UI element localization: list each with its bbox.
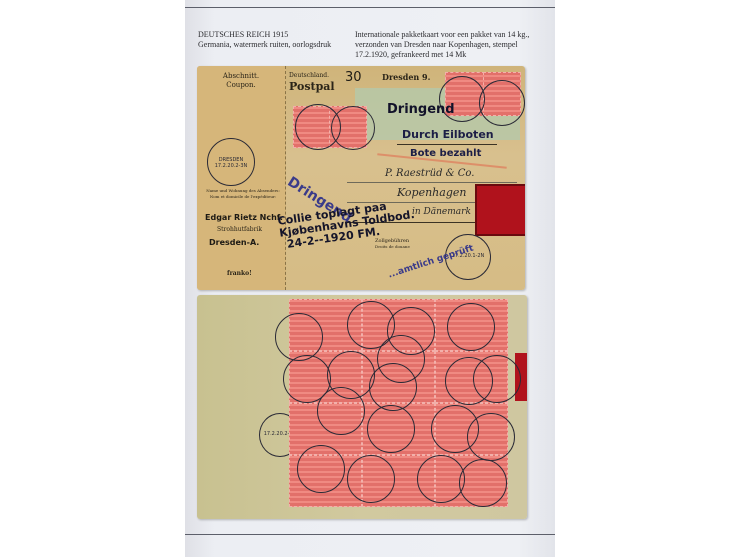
postmark bbox=[377, 335, 425, 383]
postmark bbox=[467, 413, 515, 461]
coupon-title: Abschnitt. bbox=[197, 72, 285, 80]
postmark bbox=[447, 303, 495, 351]
eilboten-label: Durch Eilboten bbox=[402, 128, 494, 141]
sender-note-fr: Nom et domicile de l'expéditeur: bbox=[201, 194, 285, 199]
franko-text: franko! bbox=[227, 270, 252, 277]
sender-business: Strohhutfabrik bbox=[217, 226, 262, 233]
parcel-card-back: 17.2.20.2-3N bbox=[197, 295, 527, 519]
top-rule bbox=[185, 7, 555, 8]
parcel-number: 30 bbox=[345, 70, 362, 85]
sender-city: Dresden-A. bbox=[209, 238, 259, 247]
address-rule bbox=[347, 182, 517, 183]
postmark bbox=[275, 313, 323, 361]
office-name: Dresden 9. bbox=[382, 72, 430, 82]
postmark bbox=[317, 387, 365, 435]
postmark bbox=[297, 445, 345, 493]
postmark bbox=[367, 405, 415, 453]
postmark bbox=[417, 455, 465, 503]
fees-label-fr: Droits de douane bbox=[375, 244, 410, 249]
header-subtitle: Germania, watermerk ruiten, oorlogsdruk bbox=[198, 40, 348, 50]
header-description: Internationale pakketkaart voor een pakk… bbox=[355, 30, 545, 60]
header-title: DEUTSCHES REICH 1915 bbox=[198, 30, 348, 40]
coupon-section: Abschnitt. Coupon. DRESDEN 17.2.20.2-3N … bbox=[197, 66, 286, 290]
dringend-label: Dringend bbox=[387, 102, 455, 117]
bottom-rule bbox=[185, 534, 555, 535]
sender-name: Edgar Rietz Nchf. bbox=[205, 213, 283, 222]
album-page: DEUTSCHES REICH 1915 Germania, watermerk… bbox=[185, 0, 555, 557]
address-line-1: P. Raestrüd & Co. bbox=[385, 168, 474, 179]
address-line-3: in Dänemark bbox=[412, 207, 471, 217]
country-label: Deutschland. bbox=[289, 72, 329, 79]
postmark bbox=[459, 459, 507, 507]
underline bbox=[397, 144, 497, 145]
parcel-card-front: Abschnitt. Coupon. DRESDEN 17.2.20.2-3N … bbox=[197, 66, 525, 290]
eilboten-red-label bbox=[475, 184, 525, 236]
postmark bbox=[479, 80, 525, 126]
header-left: DEUTSCHES REICH 1915 Germania, watermerk… bbox=[198, 30, 348, 50]
sender-note: Name und Wohnung des Absenders: bbox=[201, 188, 285, 193]
postmark bbox=[347, 455, 395, 503]
form-title: Postpal bbox=[289, 80, 335, 93]
dresden-postmark: DRESDEN 17.2.20.2-3N bbox=[207, 138, 255, 186]
coupon-subtitle: Coupon. bbox=[197, 81, 285, 89]
postmark bbox=[473, 355, 521, 403]
postmark bbox=[331, 106, 375, 150]
